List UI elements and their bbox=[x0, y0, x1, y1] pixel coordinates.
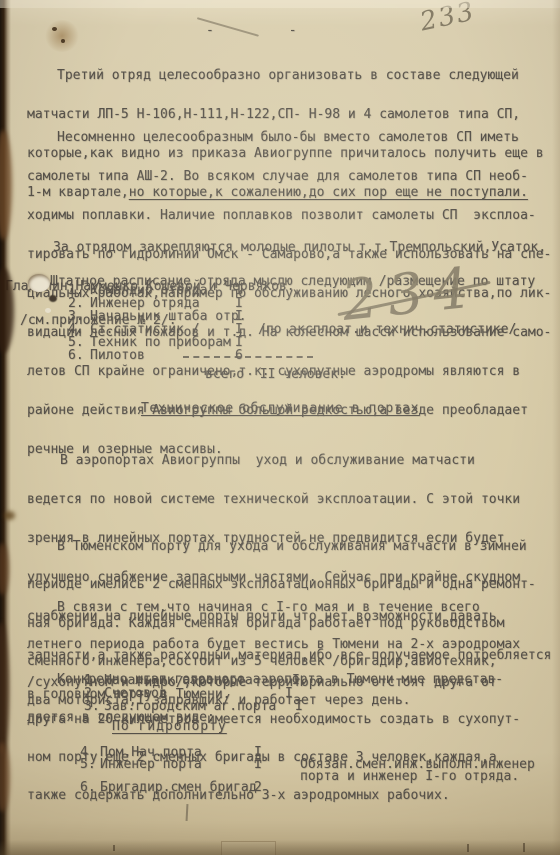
airport-row: 3. Зав.городским аг.порта I bbox=[0, 700, 560, 713]
stain-speck bbox=[61, 39, 65, 43]
hydro-row: 6. Бригадир.смен бригад 2 bbox=[0, 781, 560, 794]
bottom-edge-shadow bbox=[0, 840, 560, 855]
scanned-document-page: - - 233 Третий отряд целесообразно орган… bbox=[0, 0, 560, 855]
typed-line: В Тюменском порту для ухода и обслуживан… bbox=[27, 541, 557, 554]
staff-row: 5. Техник по приборам I bbox=[0, 336, 560, 349]
typed-dashed-rule bbox=[183, 356, 313, 358]
ink-smudge bbox=[4, 511, 15, 520]
paper-hole-small bbox=[45, 308, 51, 313]
staff-total: всего II человек. bbox=[205, 368, 346, 381]
edge-tick bbox=[523, 843, 525, 852]
row-number: 6. bbox=[80, 781, 96, 794]
staff-row: 4. Ст.статистик / I /по эксплоат.и техни… bbox=[0, 323, 560, 336]
row-value: I. bbox=[292, 674, 308, 687]
row-label: Инженер порта bbox=[100, 758, 202, 771]
edge-tick bbox=[467, 844, 469, 852]
row-label: Зав.городским аг.порта bbox=[104, 700, 276, 713]
row-value: I bbox=[285, 687, 293, 700]
row-label: Пилотов bbox=[90, 349, 145, 362]
row-value: I bbox=[295, 700, 303, 713]
row-value: 2 bbox=[254, 781, 262, 794]
row-number: 3. bbox=[84, 700, 100, 713]
typed-line: самолеты типа АШ-2. Во всяком случае для… bbox=[27, 170, 555, 183]
stain-top-left bbox=[44, 20, 80, 52]
typed-line: Несомненно целесообразным было-бы вместо… bbox=[27, 131, 555, 144]
top-edge-highlight bbox=[0, 0, 560, 8]
typed-line: В связи с тем,что начиная с I-го мая и в… bbox=[27, 602, 557, 615]
hydro-section-heading: По гидропорту bbox=[112, 720, 227, 733]
staff-row: 1. Командир отряда I bbox=[0, 284, 560, 297]
stain-speck bbox=[52, 27, 57, 31]
right-edge-shade bbox=[552, 0, 560, 855]
row-number: 5. bbox=[80, 758, 96, 771]
paper-hole bbox=[28, 274, 50, 292]
typed-line: Третий отряд целесообразно организовать … bbox=[27, 69, 552, 82]
row-value: I bbox=[254, 758, 262, 771]
staff-row: 2. Инженер отряда I bbox=[0, 297, 560, 310]
row-label: Бригадир.смен бригад bbox=[100, 781, 257, 794]
ink-spot bbox=[49, 295, 57, 302]
section-heading: Техническое обслуживание в портах bbox=[0, 402, 560, 415]
row-number: 6. bbox=[68, 349, 84, 362]
typed-line: В аэропортах Авиогруппы уход и обслужива… bbox=[27, 454, 557, 467]
edge-tick bbox=[113, 845, 115, 851]
typed-line: ведется по новой системе технической экс… bbox=[27, 493, 557, 506]
row-note: /по эксплоат.и технич.статистике/ bbox=[258, 323, 516, 336]
